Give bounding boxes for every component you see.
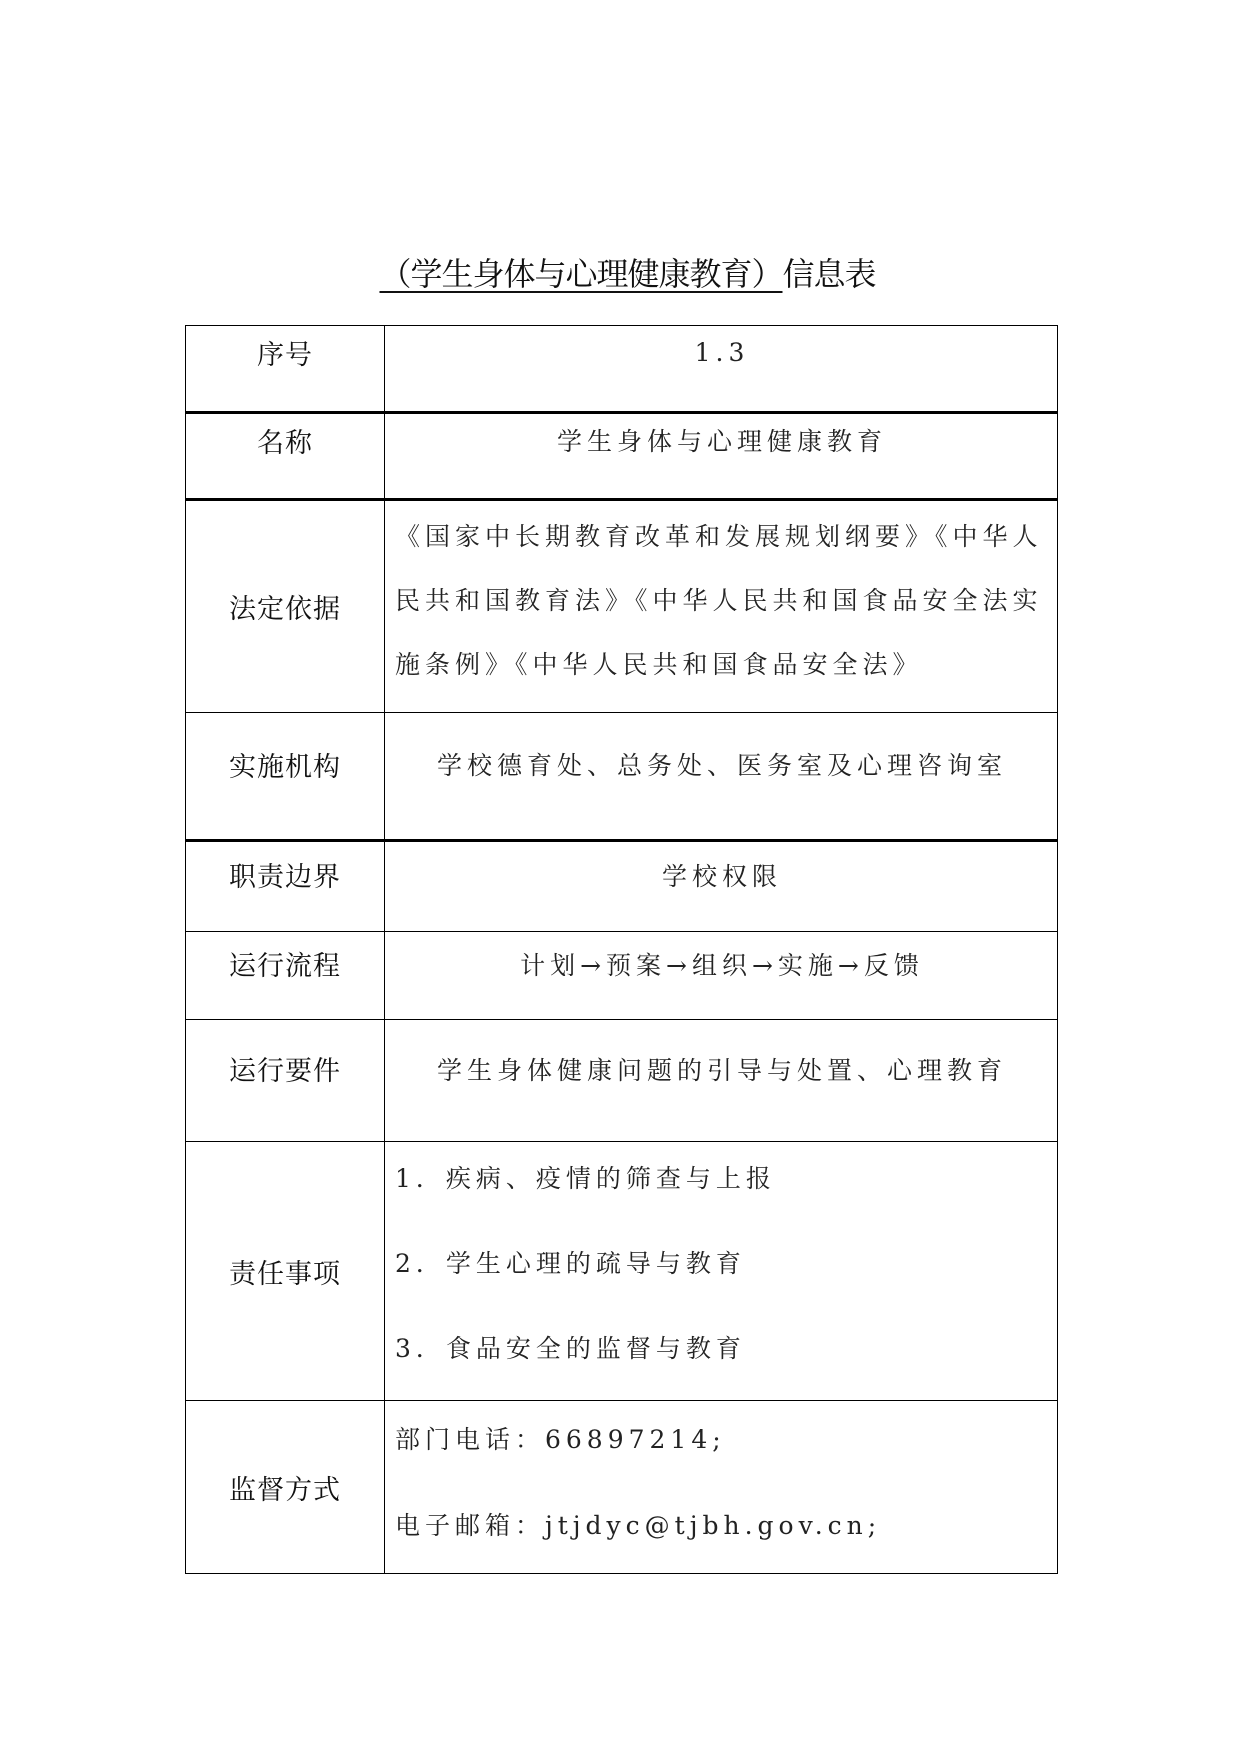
value-text: 计划→预案→组织→实施→反馈 — [520, 951, 924, 980]
label-text: 实施机构 — [229, 752, 341, 783]
value-supervision: 部门电话：66897214; 电子邮箱：jtjdyc@tjbh.gov.cn; — [385, 1401, 1058, 1574]
label-text: 职责边界 — [229, 862, 341, 893]
table-row-requirements: 运行要件 学生身体健康问题的引导与处置、心理教育 — [186, 1020, 1058, 1142]
value-serial: 1.3 — [385, 326, 1058, 413]
value-text: 学生身体健康问题的引导与处置、心理教育 — [437, 1056, 1007, 1085]
supervision-lines: 部门电话：66897214; 电子邮箱：jtjdyc@tjbh.gov.cn; — [395, 1397, 1049, 1569]
value-responsibility-boundary: 学校权限 — [385, 841, 1058, 932]
table-row-serial: 序号 1.3 — [186, 326, 1058, 413]
department-phone: 部门电话：66897214; — [395, 1397, 1049, 1483]
value-name: 学生身体与心理健康教育 — [385, 413, 1058, 500]
value-text: 学生身体与心理健康教育 — [557, 427, 887, 456]
label-serial: 序号 — [186, 326, 385, 413]
table-row-implementing-body: 实施机构 学校德育处、总务处、医务室及心理咨询室 — [186, 713, 1058, 841]
table-row-supervision: 监督方式 部门电话：66897214; 电子邮箱：jtjdyc@tjbh.gov… — [186, 1401, 1058, 1574]
label-text: 运行流程 — [229, 951, 341, 982]
duty-item: 3．食品安全的监督与教育 — [395, 1306, 1049, 1391]
info-table: 序号 1.3 名称 学生身体与心理健康教育 法定依据 《国家中长期教育改革和发展… — [185, 325, 1058, 1574]
value-process: 计划→预案→组织→实施→反馈 — [385, 932, 1058, 1020]
value-legal-basis: 《国家中长期教育改革和发展规划纲要》《中华人 民共和国教育法》《中华人民共和国食… — [385, 500, 1058, 713]
legal-basis-line: 施条例》《中华人民共和国食品安全法》 — [395, 633, 1049, 697]
label-duties: 责任事项 — [186, 1142, 385, 1401]
label-legal-basis: 法定依据 — [186, 500, 385, 713]
label-text: 责任事项 — [229, 1259, 341, 1290]
table-row-duties: 责任事项 1．疾病、疫情的筛查与上报 2．学生心理的疏导与教育 3．食品安全的监… — [186, 1142, 1058, 1401]
label-requirements: 运行要件 — [186, 1020, 385, 1142]
document-title: （学生身体与心理健康教育）信息表 — [0, 252, 1241, 296]
label-text: 名称 — [257, 428, 313, 459]
label-supervision: 监督方式 — [186, 1401, 385, 1574]
label-responsibility-boundary: 职责边界 — [186, 841, 385, 932]
duty-item: 2．学生心理的疏导与教育 — [395, 1221, 1049, 1306]
label-text: 监督方式 — [229, 1475, 341, 1506]
value-text: 学校德育处、总务处、医务室及心理咨询室 — [437, 751, 1007, 780]
value-requirements: 学生身体健康问题的引导与处置、心理教育 — [385, 1020, 1058, 1142]
table-row-process: 运行流程 计划→预案→组织→实施→反馈 — [186, 932, 1058, 1020]
value-text: 1.3 — [695, 338, 750, 367]
value-text: 学校权限 — [662, 862, 782, 891]
legal-basis-line: 民共和国教育法》《中华人民共和国食品安全法实 — [395, 569, 1049, 633]
table-row-name: 名称 学生身体与心理健康教育 — [186, 413, 1058, 500]
legal-basis-line: 《国家中长期教育改革和发展规划纲要》《中华人 — [395, 505, 1049, 569]
duty-item: 1．疾病、疫情的筛查与上报 — [395, 1136, 1049, 1221]
label-name: 名称 — [186, 413, 385, 500]
title-suffix: 信息表 — [783, 255, 876, 293]
title-subject: （学生身体与心理健康教育） — [365, 255, 782, 293]
value-implementing-body: 学校德育处、总务处、医务室及心理咨询室 — [385, 713, 1058, 841]
label-text: 法定依据 — [229, 594, 341, 625]
table-row-responsibility-boundary: 职责边界 学校权限 — [186, 841, 1058, 932]
label-implementing-body: 实施机构 — [186, 713, 385, 841]
email-address: 电子邮箱：jtjdyc@tjbh.gov.cn; — [395, 1483, 1049, 1569]
label-text: 序号 — [257, 340, 313, 371]
label-process: 运行流程 — [186, 932, 385, 1020]
label-text: 运行要件 — [229, 1056, 341, 1087]
table-row-legal-basis: 法定依据 《国家中长期教育改革和发展规划纲要》《中华人 民共和国教育法》《中华人… — [186, 500, 1058, 713]
legal-basis-lines: 《国家中长期教育改革和发展规划纲要》《中华人 民共和国教育法》《中华人民共和国食… — [395, 505, 1049, 697]
value-duties: 1．疾病、疫情的筛查与上报 2．学生心理的疏导与教育 3．食品安全的监督与教育 — [385, 1142, 1058, 1401]
duties-list: 1．疾病、疫情的筛查与上报 2．学生心理的疏导与教育 3．食品安全的监督与教育 — [395, 1136, 1049, 1391]
